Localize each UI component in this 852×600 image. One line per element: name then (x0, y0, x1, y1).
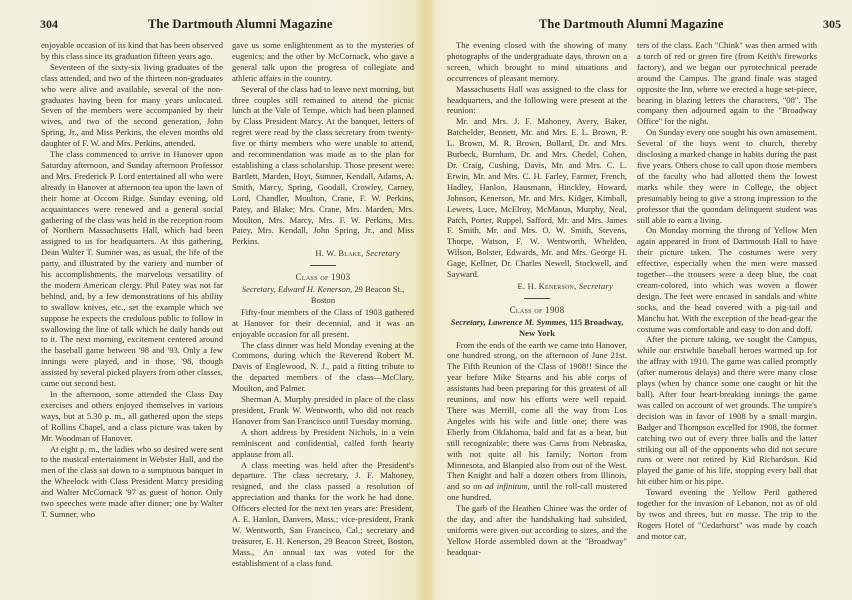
paragraph: At eight p. m., the ladies who so desire… (41, 444, 223, 520)
paragraph: The class dinner was held Monday evening… (232, 340, 414, 395)
secretary-signature: H. W. Blake, Secretary (232, 248, 414, 259)
column-2: gave us some enlightenment as to the mys… (232, 40, 414, 569)
column-1: enjoyable occasion of its kind that has … (41, 40, 223, 520)
italic-phrase: en masse (726, 509, 759, 519)
text-run: On Sunday every one sought his own amuse… (637, 127, 817, 224)
section-divider (310, 265, 336, 266)
magazine-spread: 304 The Dartmouth Alumni Magazine enjoya… (0, 0, 852, 600)
signature-name: H. W. Blake, (315, 248, 363, 258)
secretary-address-line: Secretary, Lawrence M. Symmes, 115 Broad… (447, 317, 627, 339)
class-heading-1908: Class of 1908 (447, 305, 627, 316)
text-run: ters of the class. Each "Chink" was then… (637, 40, 817, 126)
paragraph: Fifty-four members of the Class of 1903 … (232, 307, 414, 340)
text-run: On Monday morning the throng of Yellow M… (637, 225, 817, 333)
running-head-left: 304 The Dartmouth Alumni Magazine (40, 17, 410, 33)
paragraph: The class commenced to arrive in Hanover… (41, 149, 223, 389)
paragraph: Sherman A. Murphy presided in place of t… (232, 394, 414, 427)
secretary-label: Secretary, Edward H. Kenerson, (242, 284, 352, 294)
paragraph: On Sunday every one sought his own amuse… (637, 127, 817, 225)
paragraph: After the picture taking, we sought the … (637, 334, 817, 487)
column-4: ters of the class. Each "Chink" was then… (637, 40, 817, 542)
running-head-right: The Dartmouth Alumni Magazine 305 (471, 17, 841, 33)
signature-role: Secretary (366, 248, 400, 258)
secretary-address-line: Secretary, Edward H. Kenerson, 29 Beacon… (232, 284, 414, 306)
section-divider (524, 298, 550, 299)
text-run: The garb of the Heathen Chinee was the o… (447, 503, 627, 557)
paragraph: ters of the class. Each "Chink" was then… (637, 40, 817, 127)
paragraph: A short address by President Nichols, in… (232, 427, 414, 460)
column-3: The evening closed with the showing of m… (447, 40, 627, 558)
left-page: 304 The Dartmouth Alumni Magazine enjoya… (0, 0, 426, 600)
paragraph: Several of the class had to leave next m… (232, 84, 414, 248)
right-page: The Dartmouth Alumni Magazine 305 The ev… (426, 0, 852, 600)
paragraph: Massachusetts Hall was assigned to the c… (447, 84, 627, 117)
text-run: After the picture taking, we sought the … (637, 334, 817, 486)
secretary-signature: E. H. Kenerson, Secretary (447, 281, 627, 292)
paragraph: Seventeen of the sixty-six living gradua… (41, 62, 223, 149)
paragraph: The garb of the Heathen Chinee was the o… (447, 503, 627, 558)
paragraph: From the ends of the earth we came into … (447, 340, 627, 504)
signature-role: Secretary (579, 281, 613, 291)
italic-phrase: ad infinitum (485, 481, 528, 491)
magazine-title: The Dartmouth Alumni Magazine (148, 17, 333, 32)
magazine-title: The Dartmouth Alumni Magazine (539, 17, 724, 32)
page-number: 305 (823, 17, 841, 32)
paragraph: The evening closed with the showing of m… (447, 40, 627, 84)
paragraph: In the afternoon, some attended the Clas… (41, 389, 223, 444)
secretary-label: Secretary, Lawrence M. Symmes, (451, 317, 568, 327)
signature-name: E. H. Kenerson, (518, 281, 577, 291)
paragraph: Mr. and Mrs. J. F. Mahoney, Avery, Baker… (447, 116, 627, 280)
paragraph: A class meeting was held after the Presi… (232, 460, 414, 569)
paragraph: gave us some enlightenment as to the mys… (232, 40, 414, 84)
paragraph: On Monday morning the throng of Yellow M… (637, 225, 817, 334)
text-run: From the ends of the earth we came into … (447, 340, 627, 492)
page-number: 304 (40, 17, 58, 32)
paragraph: Toward evening the Yellow Peril gathered… (637, 487, 817, 542)
class-heading-1903: Class of 1903 (232, 272, 414, 283)
paragraph: enjoyable occasion of its kind that has … (41, 40, 223, 62)
